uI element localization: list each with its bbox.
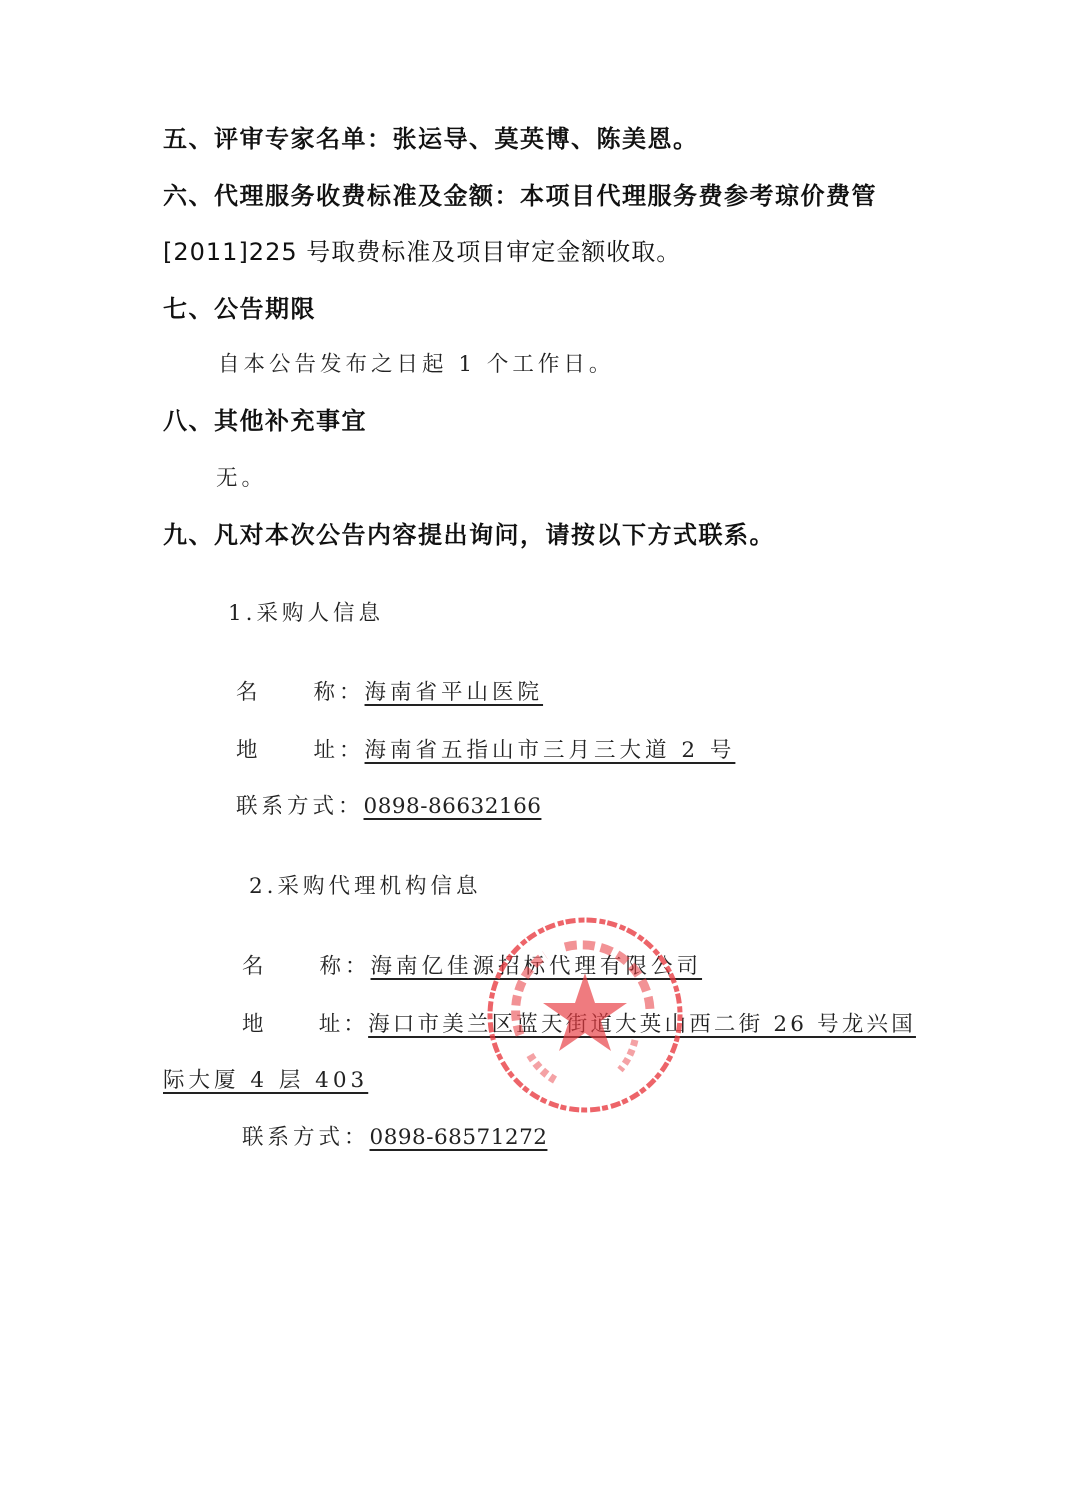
- purchaser-address-value: 海南省五指山市三月三大道 2 号: [365, 738, 736, 763]
- name-label-a: 名: [236, 682, 262, 704]
- section-8-heading: 八、其他补充事宜: [163, 409, 367, 433]
- purchaser-name-row: 名称：海南省平山医院: [236, 682, 543, 704]
- address-label-b: 址：: [314, 740, 365, 762]
- agency-name-row: 名称：海南亿佳源招标代理有限公司: [242, 956, 702, 978]
- name-label-b: 称：: [320, 956, 371, 978]
- section-6-fee-line2: [2011]225 号取费标准及项目审定金额收取。: [163, 240, 681, 264]
- section-7-body: 自本公告发布之日起 1 个工作日。: [218, 354, 614, 376]
- agency-address-value-line1: 海口市美兰区蓝天街道大英山西二街 26 号龙兴国: [368, 1012, 916, 1037]
- address-label-b: 址：: [319, 1014, 368, 1036]
- address-label-a: 地: [242, 1014, 267, 1036]
- section-7-heading: 七、公告期限: [163, 297, 316, 321]
- section-8-body: 无。: [216, 468, 267, 490]
- name-label-b: 称：: [314, 682, 365, 704]
- contact-label: 联系方式：: [236, 796, 364, 818]
- purchaser-address-row: 地址：海南省五指山市三月三大道 2 号: [236, 740, 735, 762]
- name-label-a: 名: [242, 956, 268, 978]
- agency-contact-row: 联系方式：0898-68571272: [242, 1127, 547, 1149]
- address-label-a: 地: [236, 740, 262, 762]
- purchaser-contact-value: 0898-86632166: [364, 794, 542, 819]
- agency-address-row: 地址：海口市美兰区蓝天街道大英山西二街 26 号龙兴国: [242, 1014, 916, 1036]
- agency-address-value-line2: 际大厦 4 层 403: [163, 1068, 368, 1093]
- purchaser-title: 1.采购人信息: [228, 603, 384, 625]
- section-9-heading: 九、凡对本次公告内容提出询问，请按以下方式联系。: [163, 523, 775, 547]
- section-5-expert-list: 五、评审专家名单：张运导、莫英博、陈美恩。: [163, 127, 699, 151]
- section-6-fee-line1: 六、代理服务收费标准及金额：本项目代理服务费参考琼价费管: [163, 184, 877, 208]
- contact-label: 联系方式：: [242, 1127, 370, 1149]
- agency-address-continuation: 际大厦 4 层 403: [163, 1070, 368, 1092]
- agency-name-value: 海南亿佳源招标代理有限公司: [371, 954, 703, 979]
- purchaser-name-value: 海南省平山医院: [365, 680, 544, 705]
- purchaser-contact-row: 联系方式：0898-86632166: [236, 796, 541, 818]
- agency-title: 2.采购代理机构信息: [249, 876, 482, 898]
- agency-contact-value: 0898-68571272: [370, 1125, 548, 1150]
